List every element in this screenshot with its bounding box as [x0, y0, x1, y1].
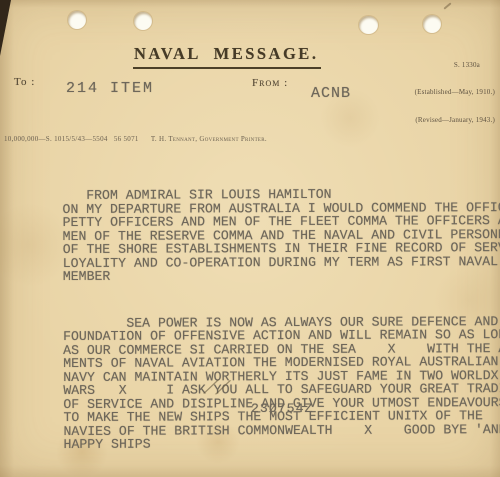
printer-imprint: 10,000,000—S. 1015/5/43—5504 56 5071 T. … [4, 135, 267, 143]
form-reference-block: S. 1330a (Established—May, 1910.) (Revis… [415, 43, 495, 143]
form-revised-date: (Revised—January, 1943.) [415, 116, 495, 125]
datetime-group: 23Ø754Z [251, 401, 313, 416]
punch-hole [68, 11, 86, 29]
naval-message-scan: NAVAL MESSAGE. S. 1330a (Established—May… [0, 0, 500, 477]
message-paragraph-1: FROM ADMIRAL SIR LOUIS HAMILTON ON MY DE… [62, 187, 500, 284]
from-label: From : [252, 77, 288, 89]
form-title: NAVAL MESSAGE. [133, 44, 321, 69]
scan-corner-shadow [0, 0, 11, 56]
punch-hole [423, 15, 441, 33]
punch-hole [134, 12, 152, 30]
form-number: S. 1330a [415, 61, 495, 70]
from-value: ACNB [311, 85, 351, 102]
message-paragraph-2: SEA POWER IS NOW AS ALWAYS OUR SURE DEFE… [63, 314, 500, 451]
form-established-date: (Established—May, 1910.) [415, 88, 495, 97]
to-value: 214 ITEM [66, 80, 154, 97]
punch-hole [359, 16, 378, 34]
to-label: To : [14, 76, 35, 88]
pencil-mark [443, 2, 451, 9]
message-body: FROM ADMIRAL SIR LOUIS HAMILTON ON MY DE… [62, 160, 500, 477]
